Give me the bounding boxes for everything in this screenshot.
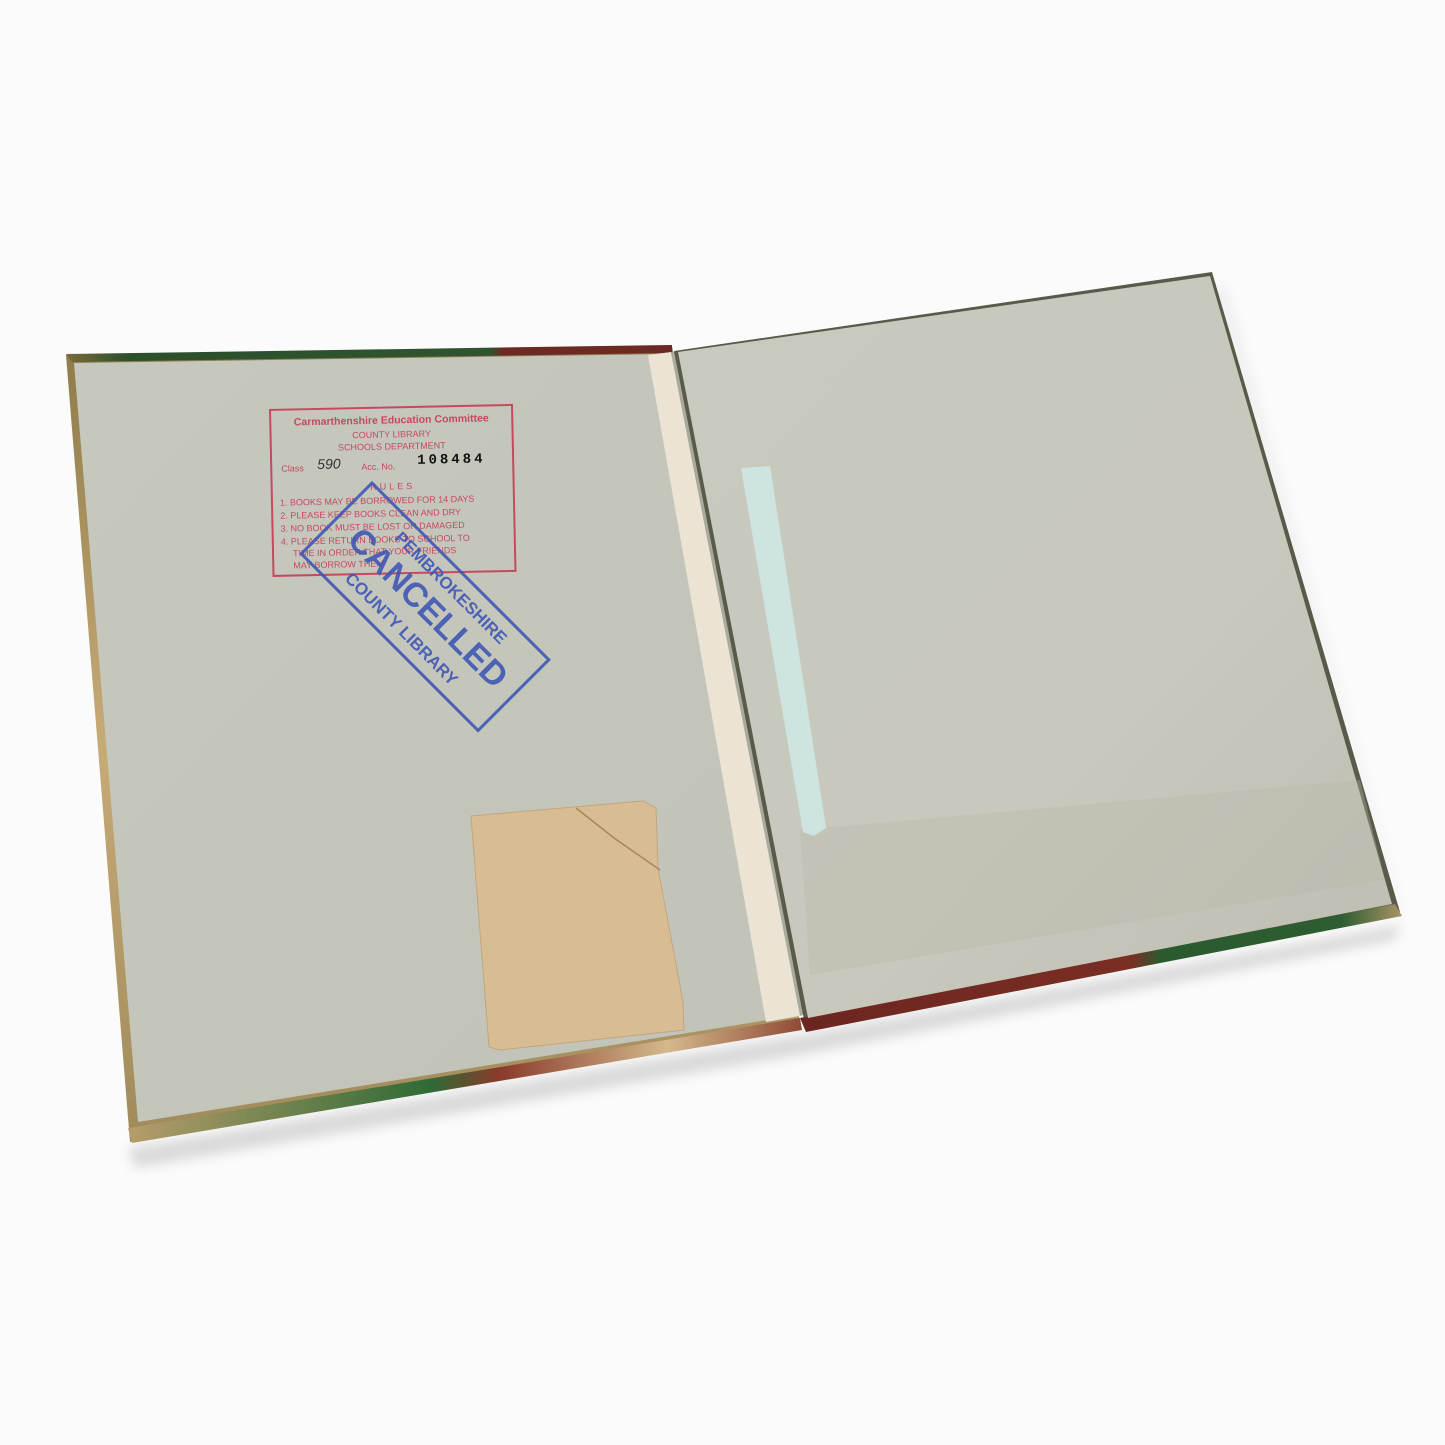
card-pocket-shape — [471, 801, 684, 1050]
library-label-line2: COUNTY LIBRARY — [352, 429, 431, 441]
class-label: Class — [281, 463, 304, 473]
class-value: 590 — [317, 455, 341, 471]
acc-label: Acc. No. — [361, 461, 395, 472]
acc-value: 108484 — [417, 451, 486, 468]
book-photo: Carmarthenshire Education Committee COUN… — [0, 0, 1445, 1445]
card-pocket — [471, 801, 684, 1050]
